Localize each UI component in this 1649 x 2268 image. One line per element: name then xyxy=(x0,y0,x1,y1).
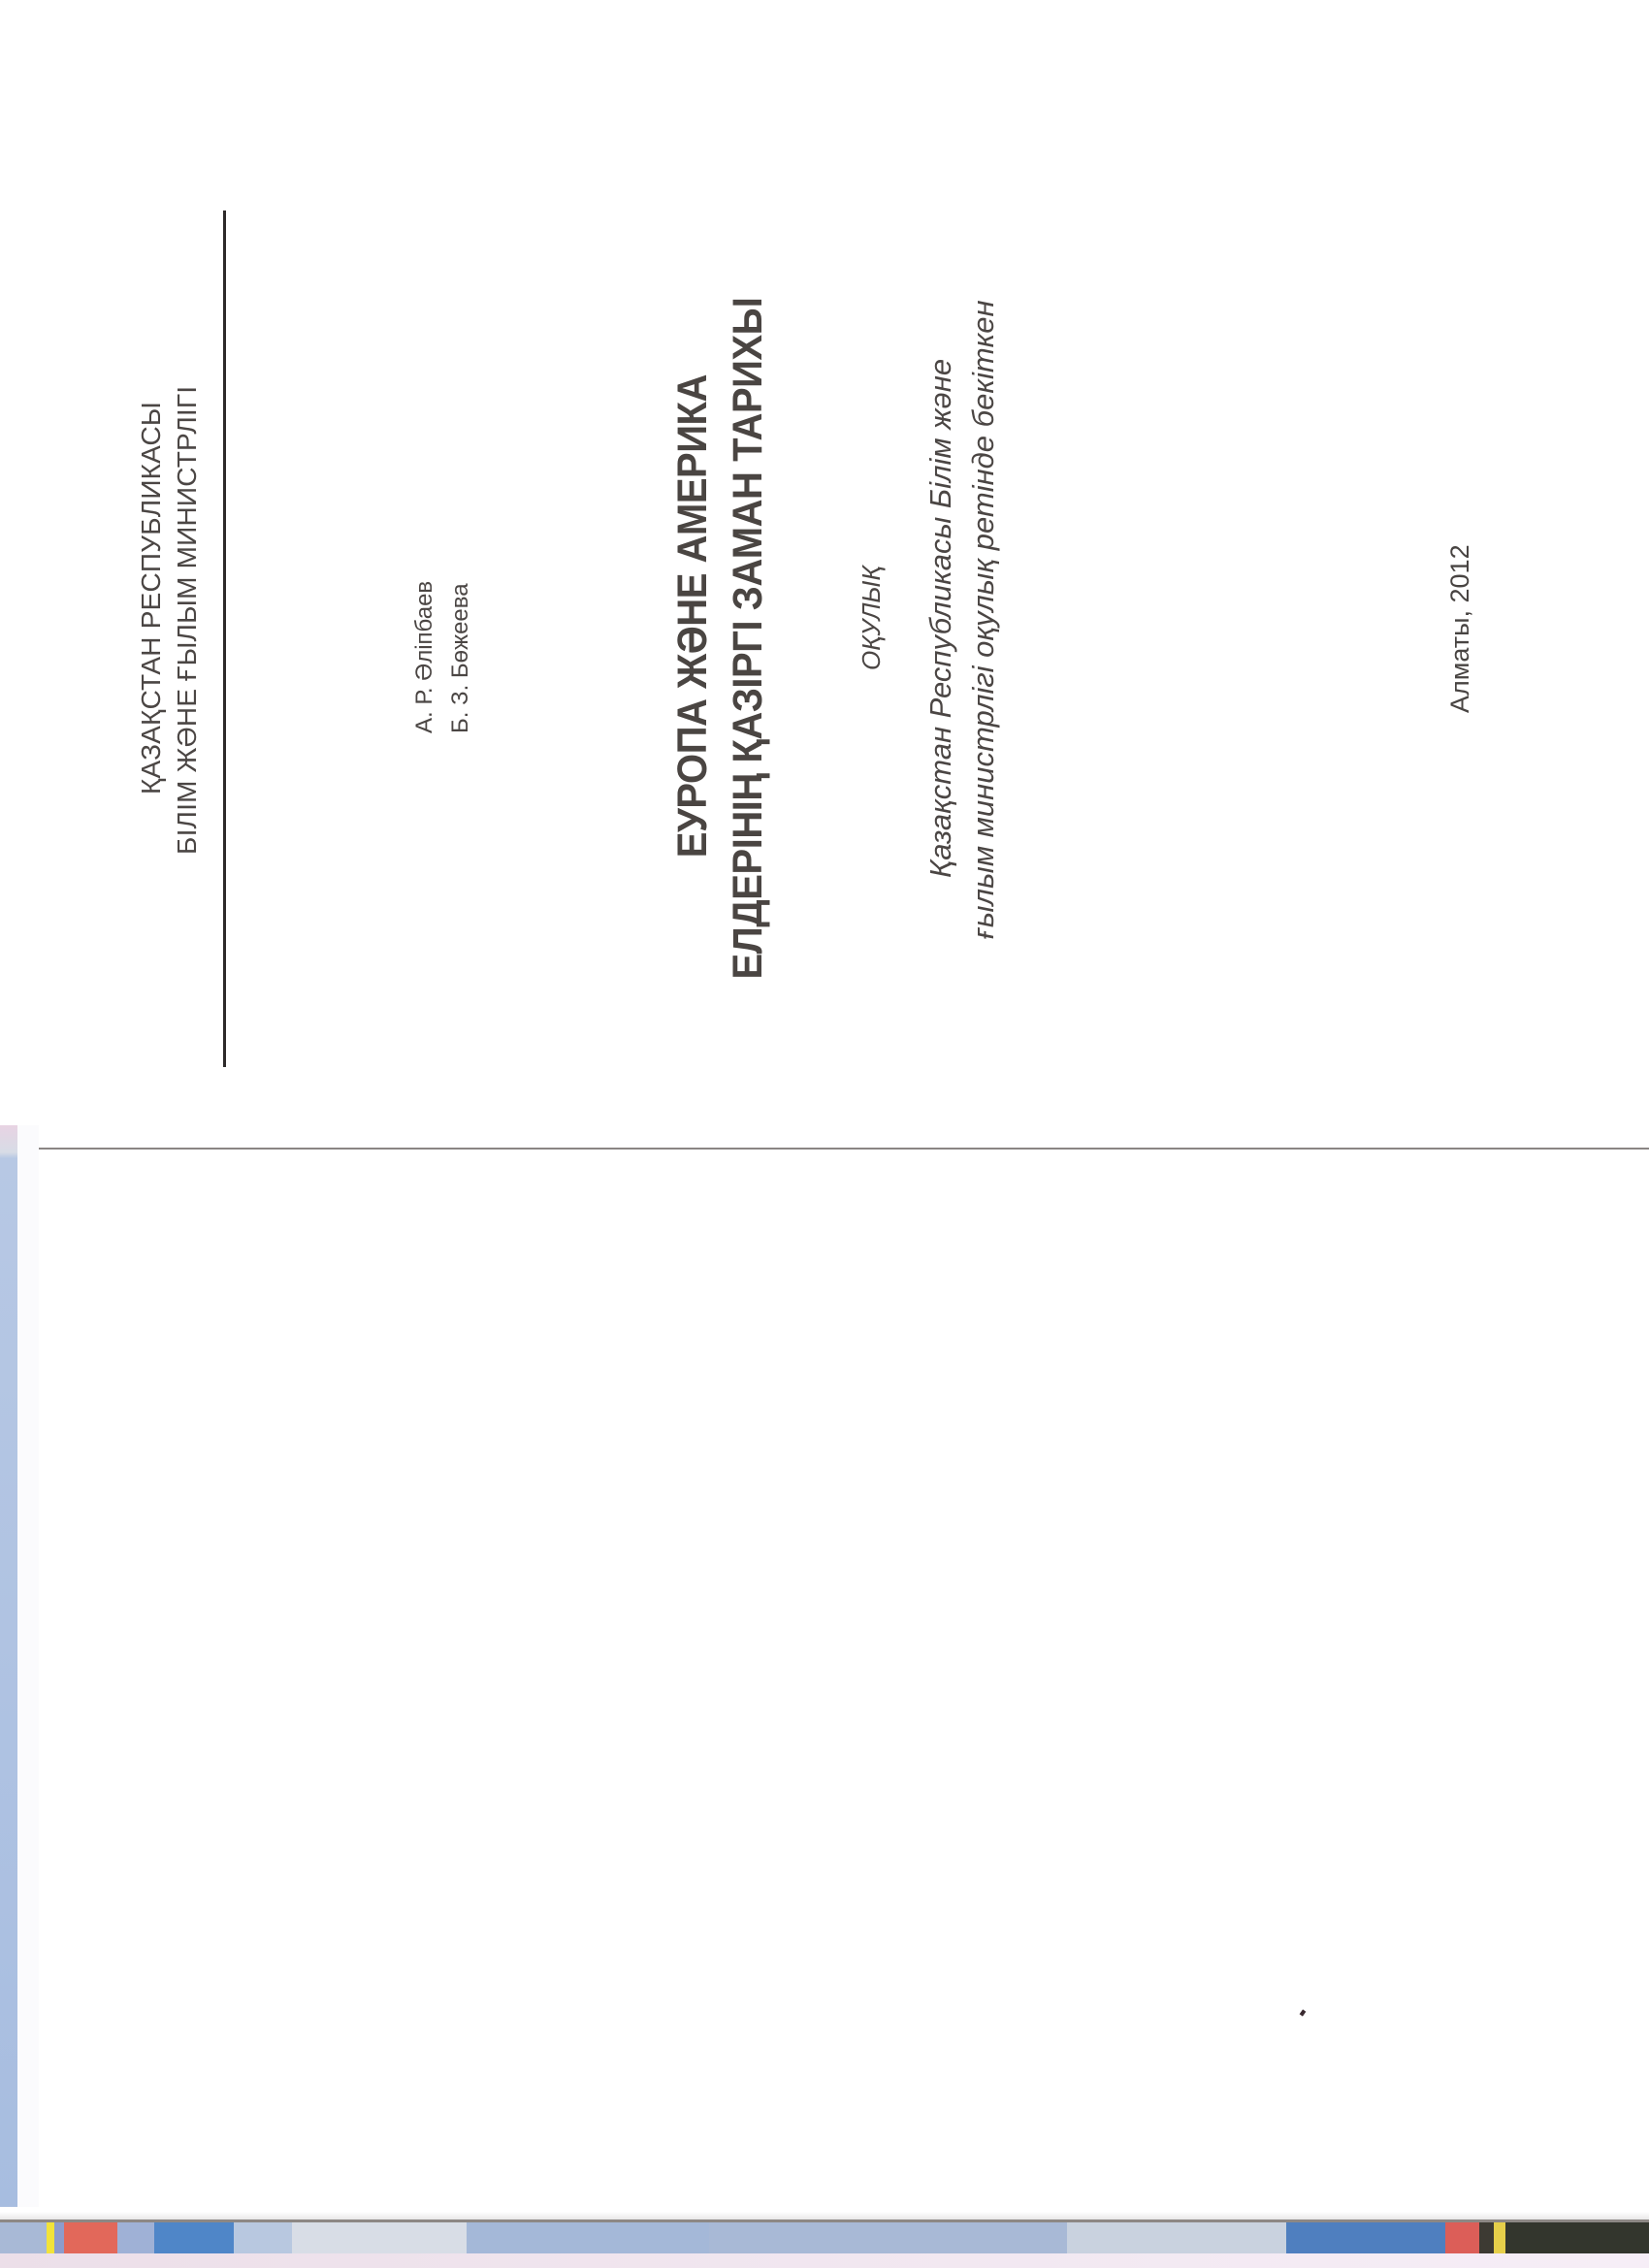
ministry-line-2: БІЛІМ ЖӘНЕ ҒЫЛЫМ МИНИСТРЛІГІ xyxy=(172,341,203,899)
strip-segment xyxy=(1286,2222,1466,2253)
page-shadow xyxy=(0,2212,1649,2219)
strip-segment xyxy=(64,2222,117,2253)
ministry-line-1: ҚАЗАҚСТАН РЕСПУБЛИКАСЫ xyxy=(136,341,167,856)
title-page xyxy=(0,0,1649,1145)
author-1: А. Р. Әліпбаев xyxy=(411,504,438,733)
strip-segment xyxy=(154,2222,234,2253)
strip-segment xyxy=(292,2222,467,2253)
strip-segment xyxy=(117,2222,154,2253)
strip-segment xyxy=(1505,2222,1649,2253)
strip-segment xyxy=(54,2222,64,2253)
cover-edge-strip xyxy=(0,1125,17,2207)
approval-line-2: ғылым министрлігі оқулық ретінде бекітке… xyxy=(966,258,1001,981)
book-type-label: ОҚУЛЫҚ xyxy=(857,539,887,697)
book-title-line-2: ЕЛДЕРІНІҢ ҚАЗІРГІ ЗАМАН ТАРИХЫ xyxy=(725,259,772,1017)
strip-segment xyxy=(0,2222,47,2253)
strip-segment xyxy=(47,2222,54,2253)
strip-segment xyxy=(467,2222,709,2253)
strip-segment xyxy=(1494,2222,1505,2253)
strip-segment xyxy=(234,2222,292,2253)
book-title-line-1: ЕУРОПА ЖӘНЕ АМЕРИКА xyxy=(669,345,717,887)
author-2: Б. З. Бөжеева xyxy=(447,504,474,733)
page-gap xyxy=(17,1125,39,2207)
strip-segment xyxy=(1445,2222,1479,2253)
scan-edge xyxy=(0,2253,1649,2268)
imprint-city-year: Алматы, 2012 xyxy=(1445,512,1475,745)
blank-page xyxy=(39,1148,1649,2209)
cover-color-strip xyxy=(0,2219,1649,2253)
strip-segment xyxy=(1067,2222,1286,2253)
approval-line-1: Қазақстан Республикасы Білім және xyxy=(923,341,958,894)
strip-segment xyxy=(1479,2222,1494,2253)
vertical-rule xyxy=(223,211,226,1067)
